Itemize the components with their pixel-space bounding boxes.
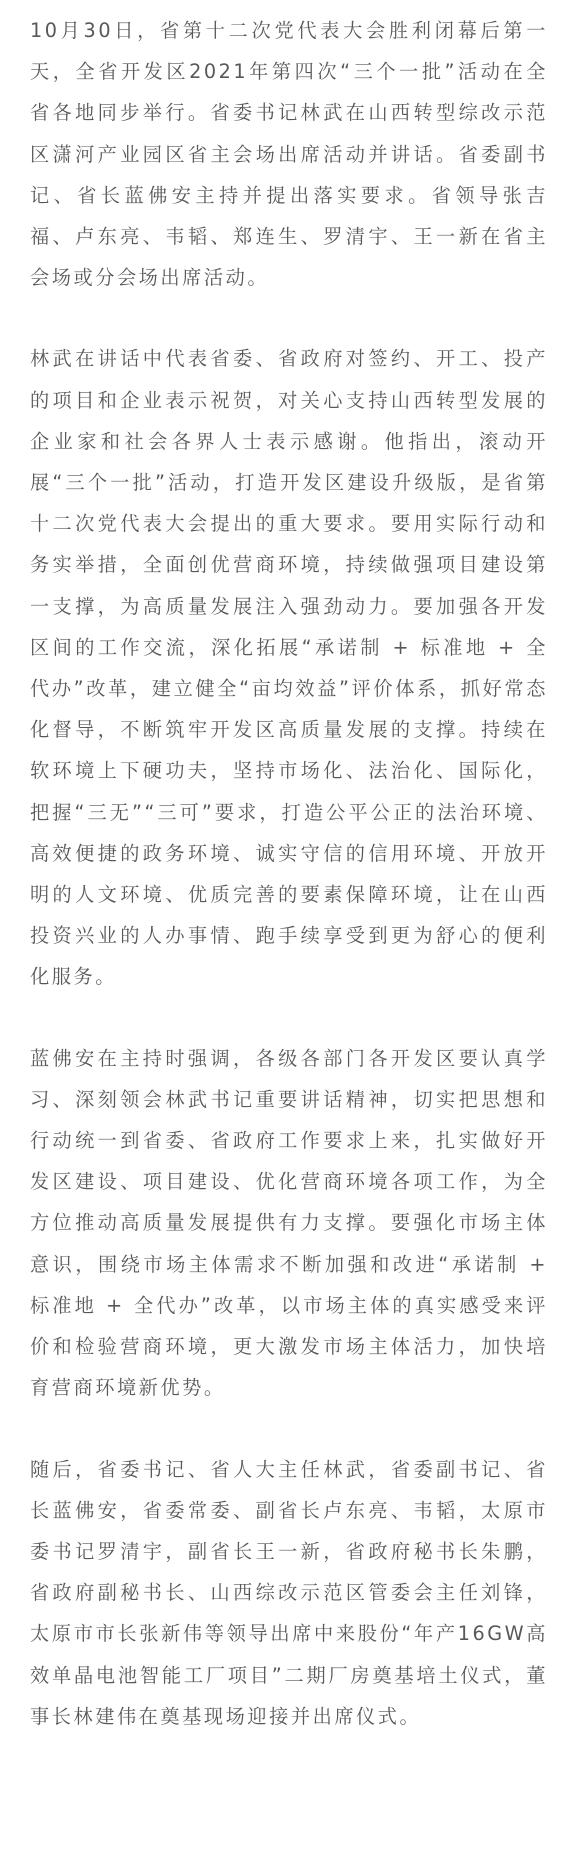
article-body: 10月30日，省第十二次党代表大会胜利闭幕后第一天，全省开发区2021年第四次“… [0,0,577,1737]
paragraph-lanfoan-remarks: 蓝佛安在主持时强调，各级各部门各开发区要认真学习、深刻领会林武书记重要讲话精神，… [30,1038,548,1409]
paragraph-ceremony: 随后，省委书记、省人大主任林武，省委副书记、省长蓝佛安，省委常委、副省长卢东亮、… [30,1449,548,1737]
paragraph-opening: 10月30日，省第十二次党代表大会胜利闭幕后第一天，全省开发区2021年第四次“… [30,10,548,298]
paragraph-linwu-speech: 林武在讲话中代表省委、省政府对签约、开工、投产的项目和企业表示祝贺，对关心支持山… [30,338,548,997]
